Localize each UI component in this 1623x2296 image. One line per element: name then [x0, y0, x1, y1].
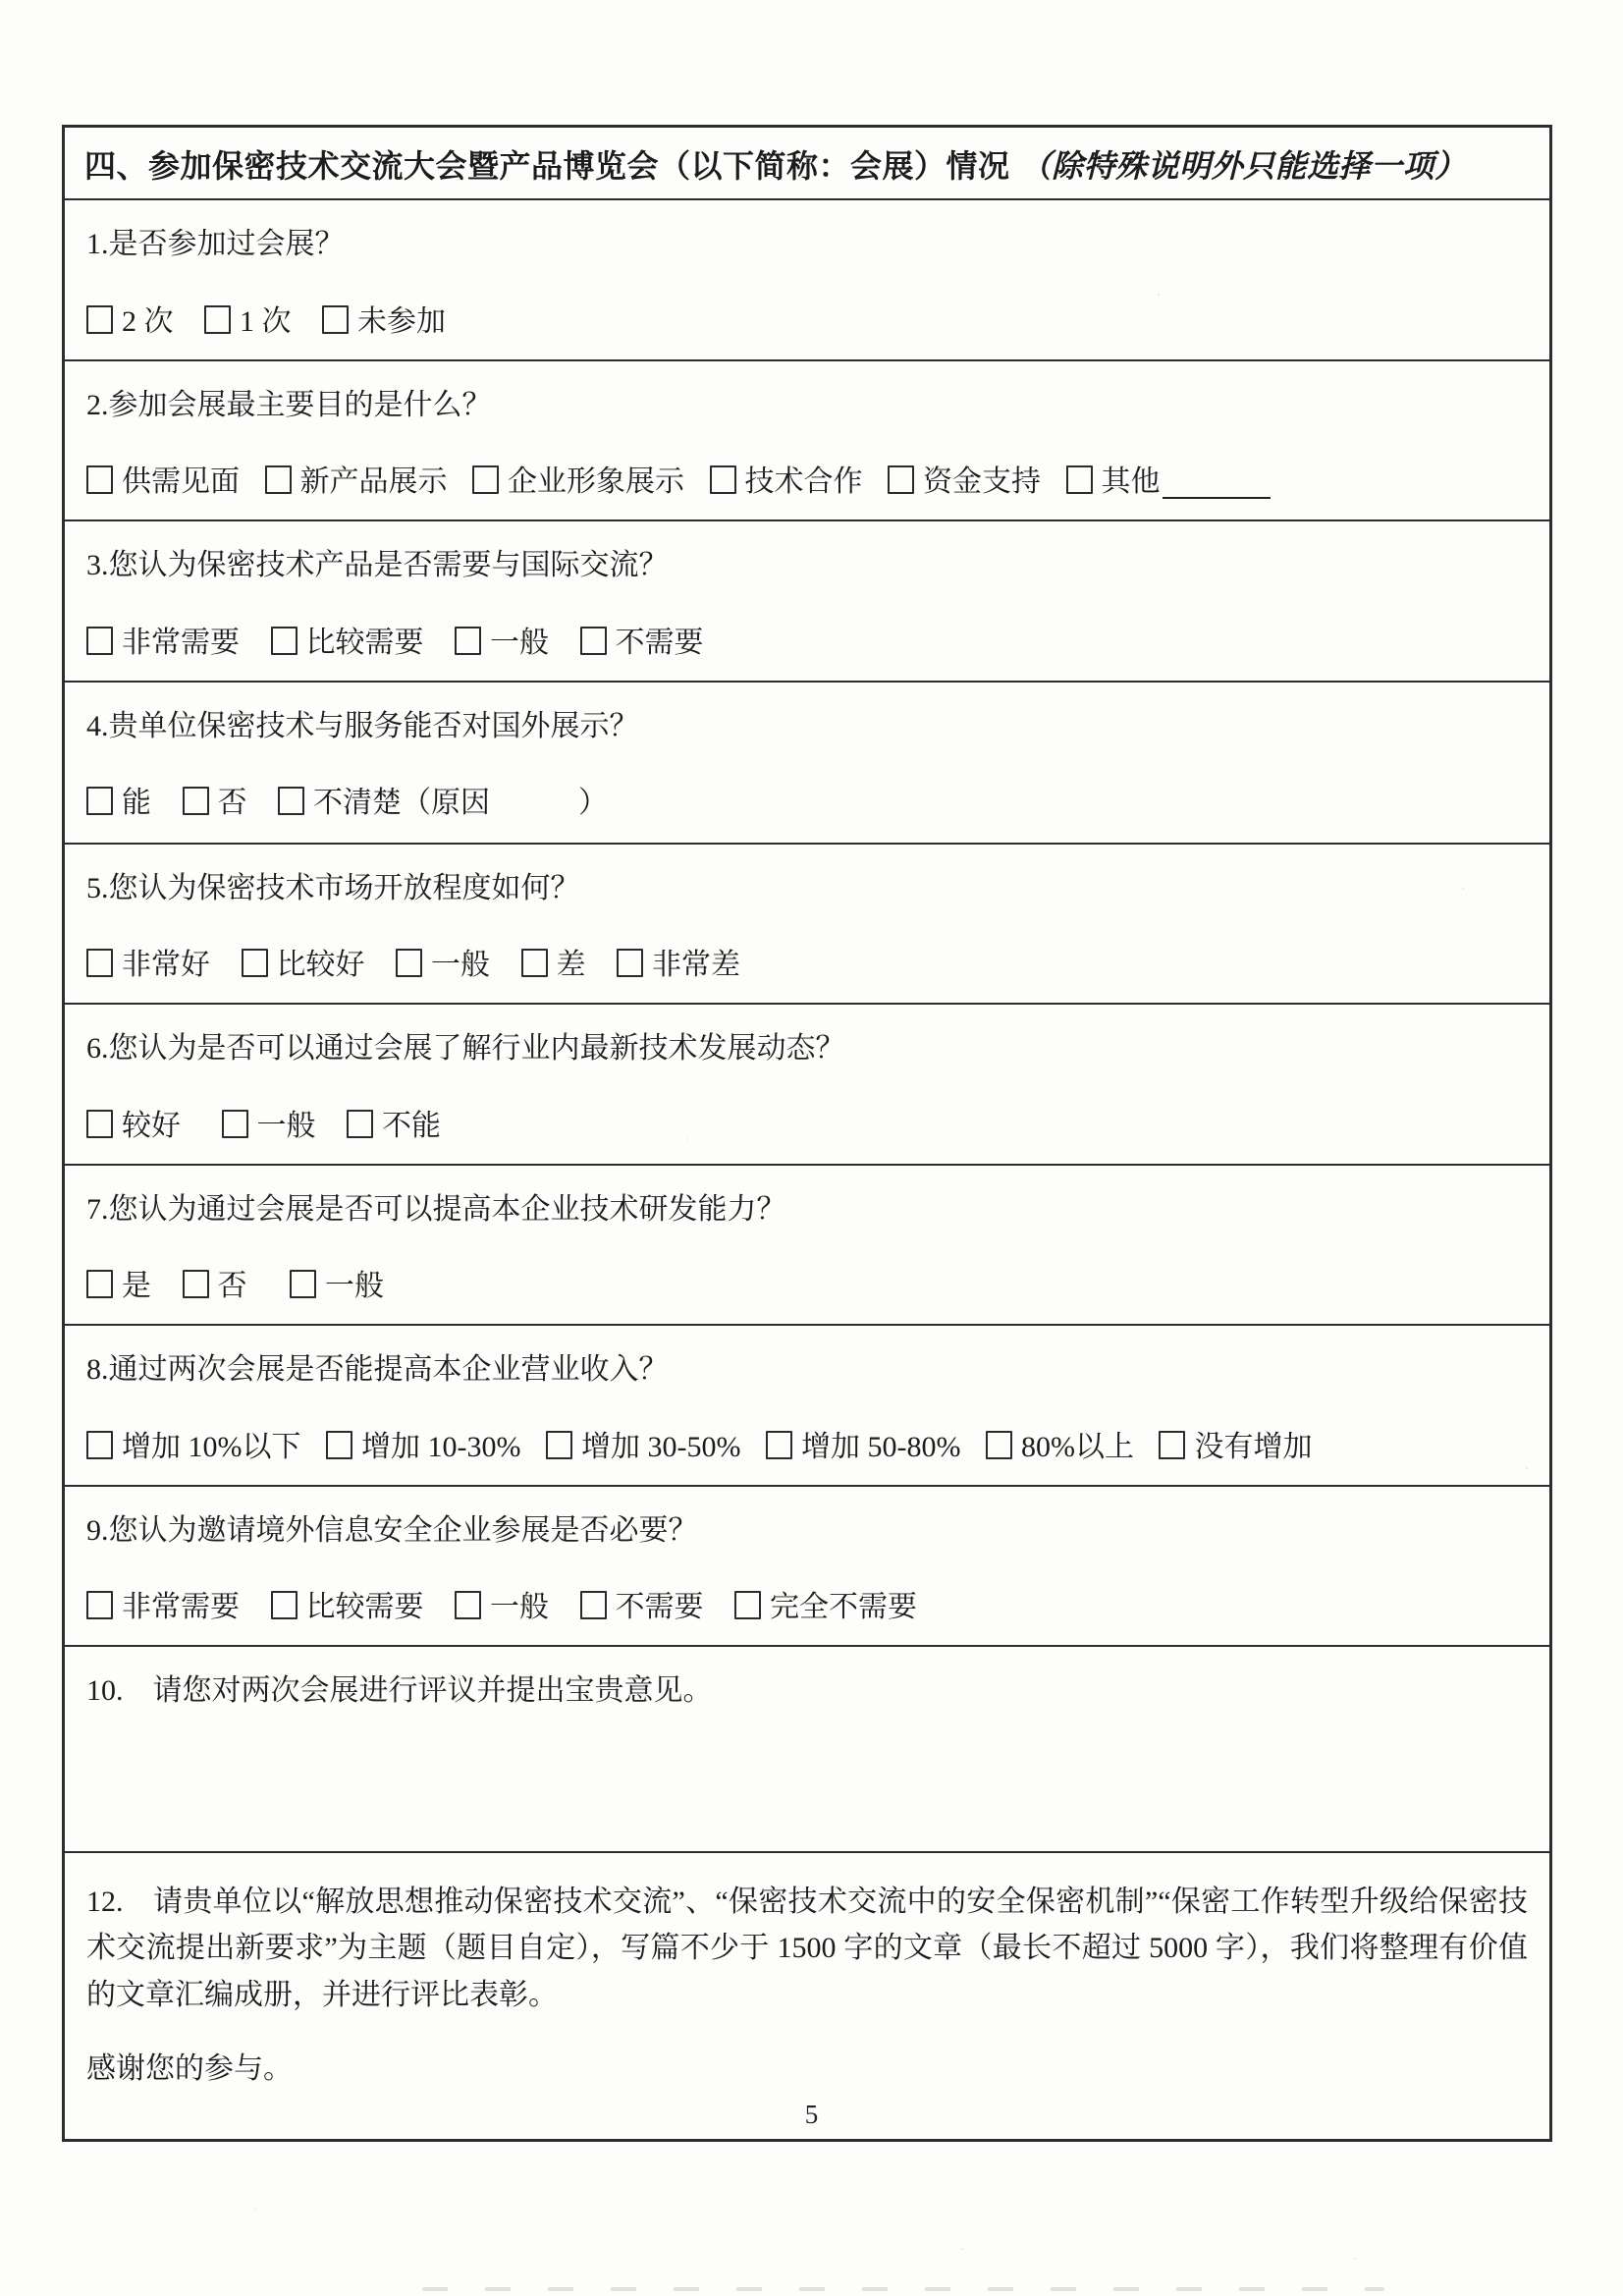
- checkbox-icon: [766, 1431, 792, 1459]
- option-label: 增加 50-80%: [801, 1431, 960, 1463]
- checkbox-icon: [580, 1591, 607, 1619]
- option: 不清楚（原因 ）: [278, 778, 608, 821]
- checkbox-icon: [278, 787, 304, 815]
- option-label: 供需见面: [122, 465, 240, 498]
- option-label: 较好: [122, 1110, 181, 1142]
- checkbox-icon: [710, 465, 736, 494]
- question-text: 10. 请您对两次会展进行评议并提出宝贵意见。: [86, 1672, 1528, 1710]
- option-label: 是: [122, 1270, 151, 1302]
- option: 供需见面: [86, 457, 240, 500]
- checkbox-icon: [222, 1110, 248, 1138]
- checkbox-icon: [86, 627, 113, 655]
- checkbox-icon: [183, 1270, 209, 1298]
- options-row: 2 次 1 次 未参加: [86, 297, 1528, 340]
- question-text: 1.是否参加过会展？: [86, 226, 1528, 263]
- option: 否: [183, 778, 247, 821]
- option: 1 次: [204, 297, 292, 340]
- option: 能: [86, 778, 151, 821]
- option: 比较需要: [271, 618, 424, 661]
- checkbox-icon: [204, 305, 231, 334]
- question-text: 6.您认为是否可以通过会展了解行业内最新技术发展动态？: [86, 1030, 1528, 1067]
- checkbox-icon: [322, 305, 349, 334]
- option: 没有增加: [1159, 1422, 1312, 1465]
- options-row: 能 否 不清楚（原因 ）: [86, 778, 1528, 821]
- option-label: 没有增加: [1194, 1431, 1312, 1463]
- option: 差: [521, 940, 586, 983]
- option-label: 否: [218, 1270, 247, 1302]
- checkbox-icon: [472, 465, 499, 494]
- checkbox-icon: [617, 949, 643, 977]
- checkbox-icon: [455, 627, 481, 655]
- question-text: 4.贵单位保密技术与服务能否对国外展示？: [86, 708, 1528, 745]
- option-label: 一般: [325, 1270, 384, 1302]
- option: 不需要: [580, 1582, 704, 1625]
- page-number: 5: [0, 2100, 1623, 2130]
- option-label: 完全不需要: [770, 1591, 917, 1623]
- option-label: 能: [122, 787, 151, 819]
- option: 资金支持: [888, 457, 1041, 500]
- checkbox-icon: [290, 1270, 316, 1298]
- option-label: 比较需要: [306, 1591, 424, 1623]
- options-row: 非常需要 比较需要 一般 不需要 完全不需要: [86, 1582, 1528, 1625]
- checkbox-icon: [521, 949, 548, 977]
- option: 增加 10-30%: [326, 1422, 520, 1465]
- question-text: 3.您认为保密技术产品是否需要与国际交流？: [86, 547, 1528, 584]
- question-text: 7.您认为通过会展是否可以提高本企业技术研发能力？: [86, 1191, 1528, 1229]
- section-title: 四、参加保密技术交流大会暨产品博览会（以下简称：会展）情况: [84, 141, 1010, 187]
- checkbox-icon: [396, 949, 422, 977]
- option-label: 非常差: [652, 949, 740, 981]
- scanned-questionnaire-page: 四、参加保密技术交流大会暨产品博览会（以下简称：会展）情况 （除特殊说明外只能选…: [0, 0, 1623, 2296]
- question-text: 8.通过两次会展是否能提高本企业营业收入？: [86, 1351, 1528, 1389]
- question-text: 2.参加会展最主要目的是什么？: [86, 387, 1528, 424]
- option: 80%以上: [986, 1422, 1134, 1465]
- option-label: 其他: [1102, 465, 1161, 498]
- question-text: 5.您认为保密技术市场开放程度如何？: [86, 870, 1528, 907]
- question-row-3: 3.您认为保密技术产品是否需要与国际交流？ 非常需要 比较需要 一般 不需要: [65, 519, 1549, 681]
- option-label: 80%以上: [1021, 1431, 1134, 1463]
- option-label: 增加 10-30%: [361, 1431, 520, 1463]
- checkbox-icon: [888, 465, 914, 494]
- question-text: 9.您认为邀请境外信息安全企业参展是否必要？: [86, 1512, 1528, 1550]
- option-label: 非常需要: [122, 627, 240, 659]
- option: 非常需要: [86, 1582, 240, 1625]
- checkbox-icon: [455, 1591, 481, 1619]
- option-label: 增加 10%以下: [122, 1431, 301, 1463]
- option: 比较需要: [271, 1582, 424, 1625]
- option-label: 否: [218, 787, 247, 819]
- option-label: 增加 30-50%: [581, 1431, 740, 1463]
- option-label: 企业形象展示: [508, 465, 684, 498]
- checkbox-icon: [580, 627, 607, 655]
- question-row-7: 7.您认为通过会展是否可以提高本企业技术研发能力？ 是 否 一般: [65, 1164, 1549, 1325]
- option-label: 一般: [490, 1591, 549, 1623]
- option-label: 资金支持: [923, 465, 1041, 498]
- question-row-2: 2.参加会展最主要目的是什么？ 供需见面 新产品展示 企业形象展示 技术合作 资…: [65, 359, 1549, 520]
- checkbox-icon: [86, 1270, 113, 1298]
- checkbox-icon: [86, 787, 113, 815]
- options-row: 供需见面 新产品展示 企业形象展示 技术合作 资金支持 其他: [86, 457, 1528, 500]
- options-row: 是 否 一般: [86, 1261, 1528, 1304]
- fill-in-blank-line: [1163, 467, 1271, 499]
- option: 企业形象展示: [472, 457, 684, 500]
- option-label: 不清楚（原因 ）: [313, 787, 608, 819]
- option-label: 新产品展示: [300, 465, 448, 498]
- section-header: 四、参加保密技术交流大会暨产品博览会（以下简称：会展）情况 （除特殊说明外只能选…: [65, 128, 1549, 198]
- checkbox-icon: [347, 1110, 373, 1138]
- option-label: 不能: [382, 1110, 441, 1142]
- checkbox-icon: [183, 787, 209, 815]
- option: 增加 10%以下: [86, 1422, 301, 1465]
- option: 非常需要: [86, 618, 240, 661]
- checkbox-icon: [86, 1431, 113, 1459]
- essay-instruction-row: 12. 请贵单位以“解放思想推动保密技术交流”、“保密技术交流中的安全保密机制”…: [65, 1851, 1549, 2139]
- checkbox-icon: [265, 465, 292, 494]
- option-label: 未参加: [357, 305, 446, 338]
- checkbox-icon: [271, 627, 298, 655]
- option: 非常好: [86, 940, 210, 983]
- options-row: 非常需要 比较需要 一般 不需要: [86, 618, 1528, 661]
- checkbox-icon: [86, 949, 113, 977]
- checkbox-icon: [734, 1591, 761, 1619]
- question-row-9: 9.您认为邀请境外信息安全企业参展是否必要？ 非常需要 比较需要 一般 不需要 …: [65, 1485, 1549, 1646]
- option: 完全不需要: [734, 1582, 917, 1625]
- option-label: 一般: [431, 949, 490, 981]
- option: 新产品展示: [265, 457, 448, 500]
- option: 一般: [455, 1582, 549, 1625]
- option: 一般: [222, 1101, 316, 1144]
- checkbox-icon: [271, 1591, 298, 1619]
- checkbox-icon: [1159, 1431, 1185, 1459]
- option: 是: [86, 1261, 151, 1304]
- question-row-8: 8.通过两次会展是否能提高本企业营业收入？ 增加 10%以下 增加 10-30%…: [65, 1324, 1549, 1485]
- option: 较好: [86, 1101, 181, 1144]
- option: 未参加: [322, 297, 446, 340]
- checkbox-icon: [242, 949, 268, 977]
- option: 比较好: [242, 940, 365, 983]
- question-row-4: 4.贵单位保密技术与服务能否对国外展示？ 能 否 不清楚（原因 ）: [65, 681, 1549, 843]
- option: 2 次: [86, 297, 174, 340]
- checkbox-icon: [546, 1431, 572, 1459]
- thanks-text: 感谢您的参与。: [86, 2046, 1528, 2092]
- option: 增加 30-50%: [546, 1422, 740, 1465]
- option: 不能: [347, 1101, 441, 1144]
- section-note: （除特殊说明外只能选择一项）: [1020, 141, 1467, 187]
- checkbox-icon: [86, 465, 113, 494]
- option-label: 比较需要: [306, 627, 424, 659]
- essay-instruction-text: 12. 请贵单位以“解放思想推动保密技术交流”、“保密技术交流中的安全保密机制”…: [86, 1879, 1528, 2018]
- option-label: 1 次: [240, 305, 292, 338]
- question-row-6: 6.您认为是否可以通过会展了解行业内最新技术发展动态？ 较好 一般 不能: [65, 1003, 1549, 1164]
- checkbox-icon: [326, 1431, 352, 1459]
- options-row: 较好 一般 不能: [86, 1101, 1528, 1144]
- checkbox-icon: [986, 1431, 1012, 1459]
- option: 技术合作: [710, 457, 863, 500]
- option-label: 不需要: [616, 627, 704, 659]
- options-row: 非常好 比较好 一般 差 非常差: [86, 940, 1528, 983]
- option-label: 非常需要: [122, 1591, 240, 1623]
- option-label: 技术合作: [745, 465, 863, 498]
- option: 不需要: [580, 618, 704, 661]
- option-label: 比较好: [277, 949, 365, 981]
- option-label: 不需要: [616, 1591, 704, 1623]
- option: 否: [183, 1261, 247, 1304]
- checkbox-icon: [86, 1110, 113, 1138]
- option-label: 非常好: [122, 949, 210, 981]
- question-row-5: 5.您认为保密技术市场开放程度如何？ 非常好 比较好 一般 差 非常差: [65, 843, 1549, 1004]
- option-label: 差: [557, 949, 586, 981]
- option-other: 其他: [1066, 457, 1271, 500]
- checkbox-icon: [1066, 465, 1093, 494]
- option: 增加 50-80%: [766, 1422, 960, 1465]
- questionnaire-table: 四、参加保密技术交流大会暨产品博览会（以下简称：会展）情况 （除特殊说明外只能选…: [62, 125, 1552, 2142]
- option-label: 2 次: [122, 305, 174, 338]
- option: 一般: [396, 940, 490, 983]
- scan-smudge: [422, 2287, 1384, 2291]
- options-row: 增加 10%以下 增加 10-30% 增加 30-50% 增加 50-80% 8…: [86, 1422, 1528, 1465]
- option: 一般: [290, 1261, 384, 1304]
- option: 非常差: [617, 940, 740, 983]
- checkbox-icon: [86, 305, 113, 334]
- option: 一般: [455, 618, 549, 661]
- question-row-1: 1.是否参加过会展？ 2 次 1 次 未参加: [65, 198, 1549, 359]
- checkbox-icon: [86, 1591, 113, 1619]
- question-row-10: 10. 请您对两次会展进行评议并提出宝贵意见。: [65, 1645, 1549, 1851]
- option-label: 一般: [257, 1110, 316, 1142]
- option-label: 一般: [490, 627, 549, 659]
